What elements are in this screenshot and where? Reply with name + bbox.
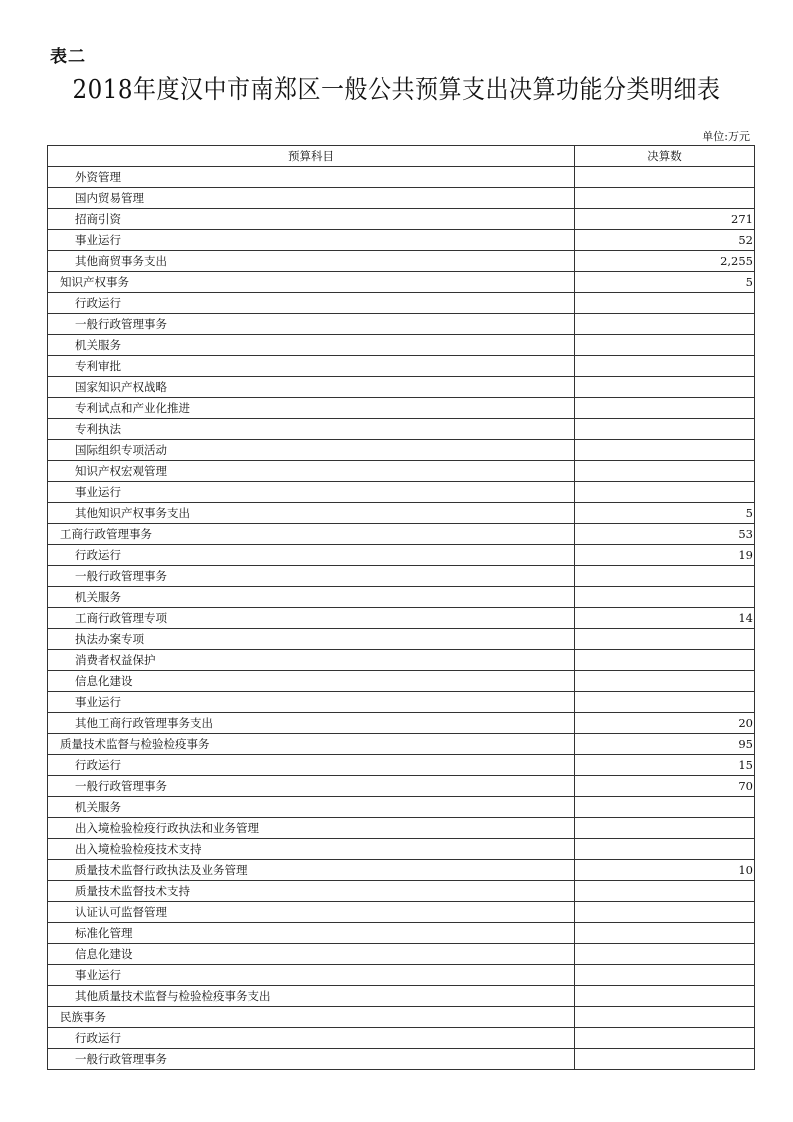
row-amount [575,671,755,692]
row-amount [575,314,755,335]
row-amount [575,293,755,314]
table-row: 机关服务 [48,335,755,356]
budget-table: 预算科目 决算数 外资管理国内贸易管理招商引资271事业运行52其他商贸事务支出… [47,145,755,1070]
table-row: 消费者权益保护 [48,650,755,671]
row-item-name: 专利执法 [48,419,575,440]
table-row: 一般行政管理事务70 [48,776,755,797]
table-row: 标准化管理 [48,923,755,944]
row-amount [575,419,755,440]
row-amount: 19 [575,545,755,566]
row-item-name: 信息化建设 [48,671,575,692]
table-row: 出入境检验检疫行政执法和业务管理 [48,818,755,839]
row-item-name: 国内贸易管理 [48,188,575,209]
row-item-name: 国家知识产权战略 [48,377,575,398]
row-item-name: 专利试点和产业化推进 [48,398,575,419]
table-row: 认证认可监督管理 [48,902,755,923]
row-amount: 10 [575,860,755,881]
row-amount [575,839,755,860]
row-item-name: 专利审批 [48,356,575,377]
row-item-name: 出入境检验检疫技术支持 [48,839,575,860]
row-item-name: 事业运行 [48,482,575,503]
row-amount [575,965,755,986]
row-amount [575,587,755,608]
table-row: 知识产权宏观管理 [48,461,755,482]
row-amount: 271 [575,209,755,230]
row-item-name: 事业运行 [48,692,575,713]
row-amount: 95 [575,734,755,755]
row-amount: 53 [575,524,755,545]
row-amount [575,482,755,503]
row-item-name: 机关服务 [48,587,575,608]
unit-label: 单位:万元 [702,128,750,144]
row-amount: 5 [575,272,755,293]
row-item-name: 行政运行 [48,293,575,314]
table-row: 行政运行 [48,293,755,314]
row-amount [575,461,755,482]
row-amount [575,335,755,356]
row-amount [575,818,755,839]
row-amount [575,902,755,923]
table-row: 事业运行 [48,482,755,503]
row-amount [575,629,755,650]
table-row: 事业运行52 [48,230,755,251]
row-item-name: 民族事务 [48,1007,575,1028]
table-row: 其他商贸事务支出2,255 [48,251,755,272]
table-row: 一般行政管理事务 [48,566,755,587]
table-row: 行政运行 [48,1028,755,1049]
table-row: 信息化建设 [48,944,755,965]
row-amount [575,398,755,419]
row-item-name: 其他知识产权事务支出 [48,503,575,524]
row-item-name: 工商行政管理专项 [48,608,575,629]
table-row: 专利审批 [48,356,755,377]
page-title: 2018年度汉中市南郑区一般公共预算支出决算功能分类明细表 [0,69,793,106]
row-item-name: 招商引资 [48,209,575,230]
row-amount: 15 [575,755,755,776]
row-amount [575,566,755,587]
table-row: 招商引资271 [48,209,755,230]
table-row: 事业运行 [48,692,755,713]
table-row: 一般行政管理事务 [48,314,755,335]
table-row: 机关服务 [48,587,755,608]
row-amount [575,986,755,1007]
row-amount: 52 [575,230,755,251]
row-item-name: 行政运行 [48,545,575,566]
table-label: 表二 [50,42,86,67]
table-row: 国际组织专项活动 [48,440,755,461]
table-row: 民族事务 [48,1007,755,1028]
row-item-name: 一般行政管理事务 [48,314,575,335]
row-amount [575,1007,755,1028]
row-amount [575,440,755,461]
table-row: 其他知识产权事务支出5 [48,503,755,524]
table-row: 质量技术监督技术支持 [48,881,755,902]
table-row: 工商行政管理专项14 [48,608,755,629]
row-item-name: 消费者权益保护 [48,650,575,671]
row-item-name: 质量技术监督技术支持 [48,881,575,902]
table-row: 事业运行 [48,965,755,986]
row-item-name: 工商行政管理事务 [48,524,575,545]
row-item-name: 质量技术监督行政执法及业务管理 [48,860,575,881]
table-row: 其他质量技术监督与检验检疫事务支出 [48,986,755,1007]
row-item-name: 一般行政管理事务 [48,1049,575,1070]
table-row: 一般行政管理事务 [48,1049,755,1070]
row-amount: 70 [575,776,755,797]
row-item-name: 一般行政管理事务 [48,776,575,797]
table-row: 知识产权事务5 [48,272,755,293]
row-item-name: 出入境检验检疫行政执法和业务管理 [48,818,575,839]
row-item-name: 知识产权宏观管理 [48,461,575,482]
row-item-name: 机关服务 [48,335,575,356]
table-row: 质量技术监督行政执法及业务管理10 [48,860,755,881]
table-row: 行政运行19 [48,545,755,566]
row-item-name: 行政运行 [48,1028,575,1049]
row-item-name: 事业运行 [48,230,575,251]
row-amount [575,356,755,377]
row-item-name: 外资管理 [48,167,575,188]
table-row: 其他工商行政管理事务支出20 [48,713,755,734]
row-amount [575,188,755,209]
table-row: 机关服务 [48,797,755,818]
row-amount: 5 [575,503,755,524]
row-item-name: 认证认可监督管理 [48,902,575,923]
table-row: 国家知识产权战略 [48,377,755,398]
table-row: 出入境检验检疫技术支持 [48,839,755,860]
table-row: 工商行政管理事务53 [48,524,755,545]
table-row: 国内贸易管理 [48,188,755,209]
row-item-name: 其他质量技术监督与检验检疫事务支出 [48,986,575,1007]
row-amount [575,692,755,713]
row-amount [575,881,755,902]
row-item-name: 国际组织专项活动 [48,440,575,461]
table-body: 外资管理国内贸易管理招商引资271事业运行52其他商贸事务支出2,255知识产权… [48,167,755,1070]
row-amount [575,1028,755,1049]
row-amount: 2,255 [575,251,755,272]
row-amount [575,377,755,398]
table-row: 专利试点和产业化推进 [48,398,755,419]
row-amount [575,944,755,965]
row-item-name: 知识产权事务 [48,272,575,293]
table-row: 质量技术监督与检验检疫事务95 [48,734,755,755]
row-item-name: 信息化建设 [48,944,575,965]
table-row: 外资管理 [48,167,755,188]
row-item-name: 事业运行 [48,965,575,986]
row-amount [575,797,755,818]
row-amount [575,167,755,188]
row-amount [575,923,755,944]
row-item-name: 执法办案专项 [48,629,575,650]
table-row: 行政运行15 [48,755,755,776]
table-row: 信息化建设 [48,671,755,692]
column-header-item: 预算科目 [48,146,575,167]
row-item-name: 质量技术监督与检验检疫事务 [48,734,575,755]
column-header-amount: 决算数 [575,146,755,167]
row-item-name: 标准化管理 [48,923,575,944]
row-item-name: 一般行政管理事务 [48,566,575,587]
table-header-row: 预算科目 决算数 [48,146,755,167]
row-item-name: 机关服务 [48,797,575,818]
row-item-name: 其他工商行政管理事务支出 [48,713,575,734]
row-amount: 20 [575,713,755,734]
row-amount [575,650,755,671]
row-item-name: 其他商贸事务支出 [48,251,575,272]
row-item-name: 行政运行 [48,755,575,776]
row-amount: 14 [575,608,755,629]
table-row: 专利执法 [48,419,755,440]
table-row: 执法办案专项 [48,629,755,650]
row-amount [575,1049,755,1070]
